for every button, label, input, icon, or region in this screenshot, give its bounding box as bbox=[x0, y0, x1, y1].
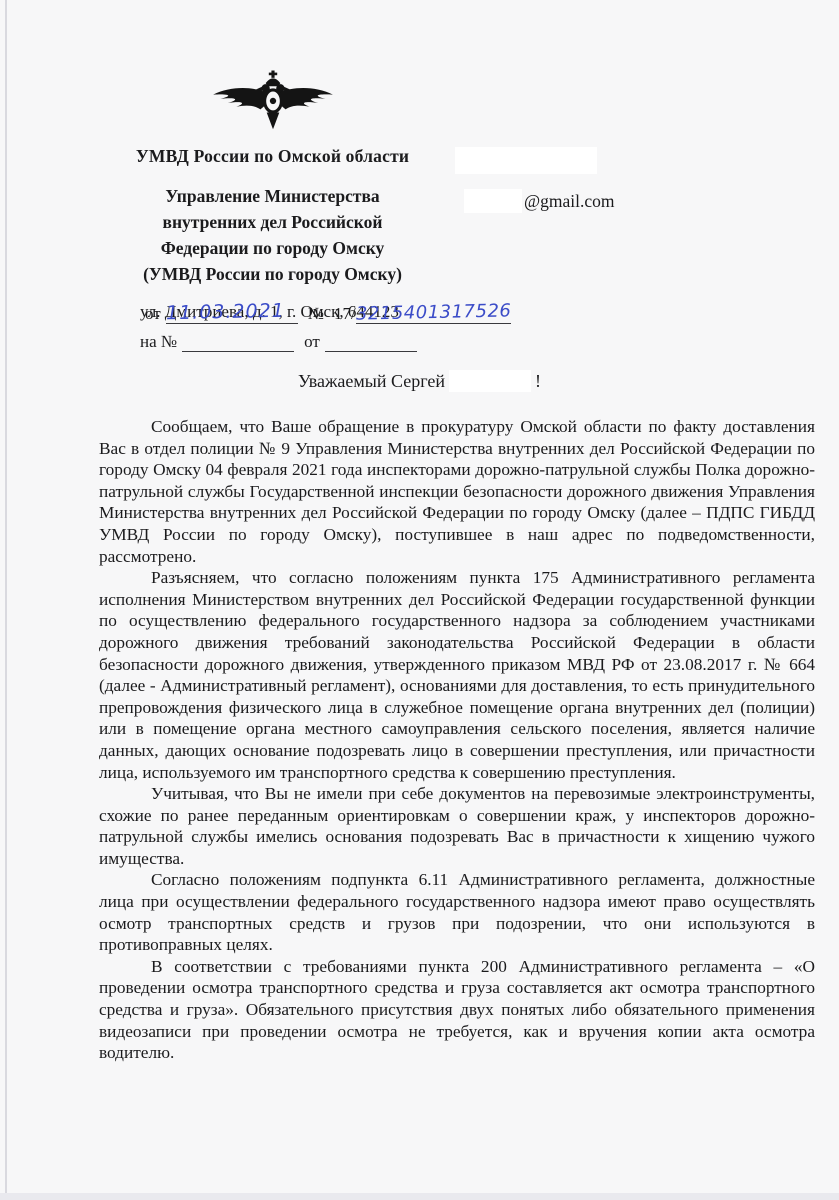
reply-ref-row: на № от bbox=[140, 331, 417, 352]
reply-from-label: от bbox=[304, 332, 320, 352]
body-paragraph: В соответствии с требованиями пункта 200… bbox=[99, 956, 815, 1064]
email-domain: @gmail.com bbox=[524, 191, 614, 212]
ref-number-field: 3215401317526 bbox=[356, 303, 511, 324]
body-paragraph: Согласно положениям подпункта 6.11 Админ… bbox=[99, 869, 815, 955]
redaction-box-email-user bbox=[464, 189, 522, 213]
reply-on-label: на № bbox=[140, 332, 177, 352]
body-paragraph: Сообщаем, что Ваше обращение в прокурату… bbox=[99, 416, 815, 567]
scan-edge-shadow bbox=[5, 0, 7, 1200]
ref-number-label: № bbox=[308, 304, 324, 324]
salutation-prefix: Уважаемый Сергей bbox=[298, 371, 445, 392]
salutation-line: Уважаемый Сергей ! bbox=[0, 370, 839, 392]
org-name-line: Управление Министерства bbox=[90, 183, 455, 209]
letterhead: УМВД России по Омской области Управление… bbox=[90, 70, 455, 322]
ref-number-row: от 11.03.2021 № 17/ 3215401317526 bbox=[145, 303, 511, 324]
org-title: УМВД России по Омской области bbox=[90, 146, 455, 167]
letter-body: Сообщаем, что Ваше обращение в прокурату… bbox=[99, 416, 815, 1064]
redaction-box-surname bbox=[449, 370, 531, 392]
ref-date-field: 11.03.2021 bbox=[166, 303, 298, 324]
org-name-line: Федерации по городу Омску bbox=[90, 235, 455, 261]
handwritten-date: 11.03.2021 bbox=[166, 302, 285, 322]
email-line: @gmail.com bbox=[464, 189, 614, 213]
reply-number-field bbox=[182, 331, 294, 352]
salutation-suffix: ! bbox=[535, 371, 541, 392]
scan-edge-shadow-bottom bbox=[0, 1193, 839, 1200]
body-paragraph: Разъясняем, что согласно положениям пунк… bbox=[99, 567, 815, 783]
redaction-box bbox=[455, 147, 597, 174]
org-name-block: Управление Министерства внутренних дел Р… bbox=[90, 183, 455, 287]
body-paragraph: Учитывая, что Вы не имели при себе докум… bbox=[99, 783, 815, 869]
handwritten-number: 3215401317526 bbox=[356, 302, 512, 323]
ref-from-label: от bbox=[145, 304, 161, 324]
reply-date-field bbox=[325, 331, 417, 352]
mvd-eagle-icon bbox=[210, 70, 336, 134]
org-name-line: внутренних дел Российской bbox=[90, 209, 455, 235]
org-name-line: (УМВД России по городу Омску) bbox=[90, 261, 455, 287]
ref-number-prefix: 17/ bbox=[334, 304, 356, 324]
scanned-letter-page: УМВД России по Омской области Управление… bbox=[0, 0, 839, 1200]
